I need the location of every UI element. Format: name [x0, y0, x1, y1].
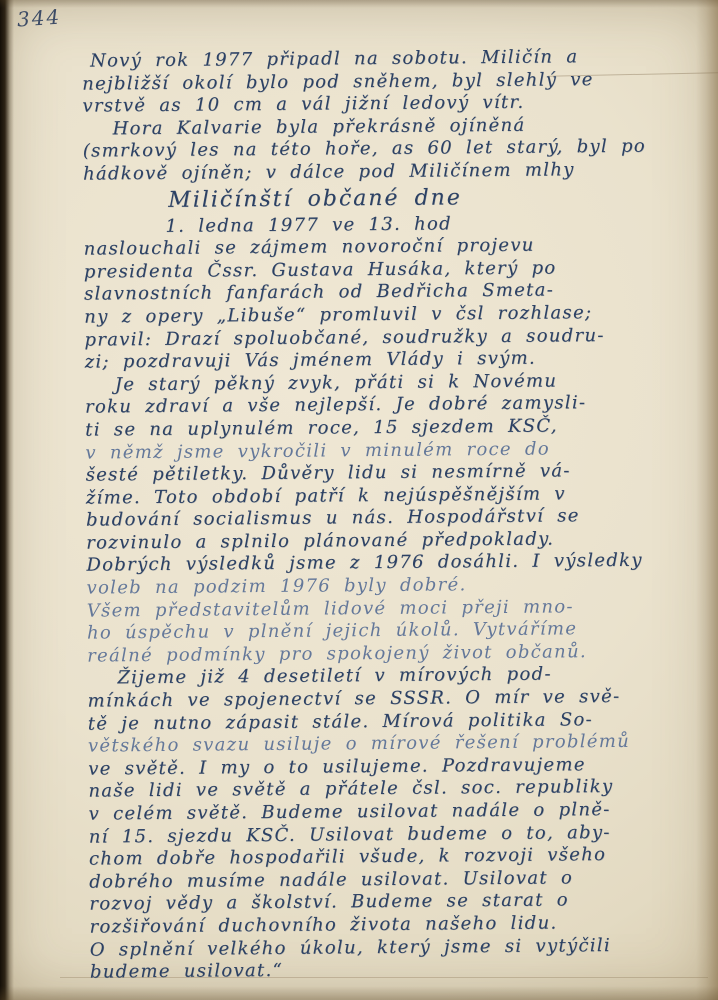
handwritten-text-block: Nový rok 1977 připadl na sobotu. Miličín…: [82, 45, 686, 984]
manuscript-line: budeme usilovat.“: [90, 957, 686, 985]
chronicle-scan-page: 344 Nový rok 1977 připadl na sobotu. Mil…: [0, 0, 718, 1000]
right-edge-shadow: [696, 0, 718, 1000]
page-number: 344: [16, 4, 62, 31]
bottom-edge-shadow: [0, 986, 718, 1000]
book-binding-edge: [0, 0, 14, 1000]
top-edge-shadow: [0, 0, 718, 8]
